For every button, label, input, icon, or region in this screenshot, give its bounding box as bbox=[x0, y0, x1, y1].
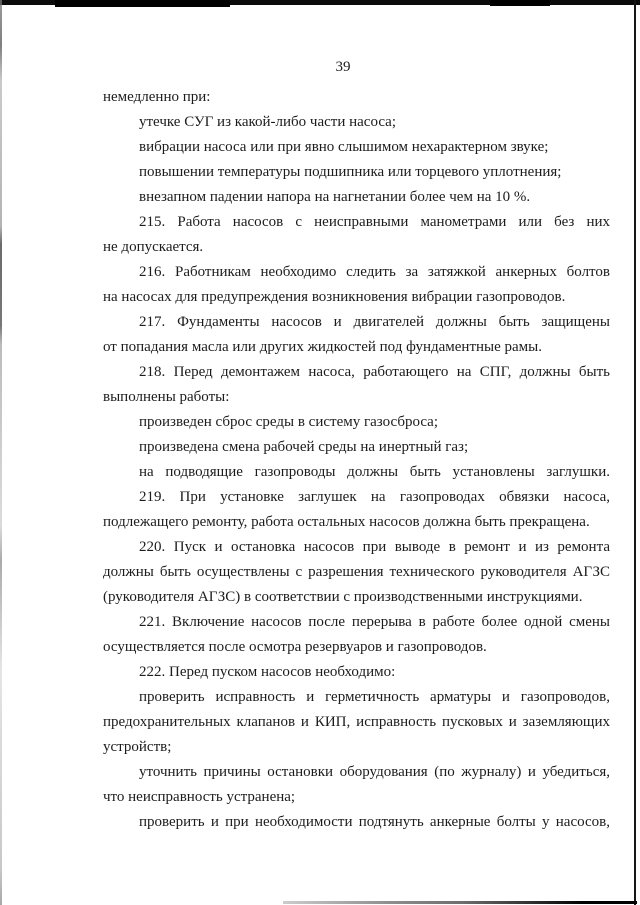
text-line: 222. Перед пуском насосов необходимо: bbox=[103, 660, 610, 685]
text-line: 215. Работа насосов с неисправными маном… bbox=[103, 210, 610, 235]
text-line: что неисправность устранена; bbox=[103, 785, 610, 810]
text-line: 221. Включение насосов после перерыва в … bbox=[103, 610, 610, 635]
text-line: (руководителя АГЗС) в соответствии с про… bbox=[103, 585, 610, 610]
text-line: произведен сброс среды в систему газосбр… bbox=[103, 410, 610, 435]
text-line: на подводящие газопроводы должны быть ус… bbox=[103, 460, 610, 485]
scan-artifact-top-bar-segment bbox=[490, 0, 550, 6]
document-page: 39 немедленно при:утечке СУГ из какой-ли… bbox=[0, 0, 640, 905]
scan-artifact-bottom-bar bbox=[283, 901, 637, 904]
text-line: должны быть осуществлены с разрешения те… bbox=[103, 560, 610, 585]
text-line: вибрации насоса или при явно слышимом не… bbox=[103, 135, 610, 160]
text-line: на насосах для предупреждения возникнове… bbox=[103, 285, 610, 310]
text-line: немедленно при: bbox=[103, 85, 610, 110]
scan-artifact-top-bar bbox=[0, 0, 640, 5]
text-line: устройств; bbox=[103, 735, 610, 760]
page-number: 39 bbox=[283, 55, 403, 80]
text-line: предохранительных клапанов и КИП, исправ… bbox=[103, 710, 610, 735]
text-line: 217. Фундаменты насосов и двигателей дол… bbox=[103, 310, 610, 335]
text-line: проверить и при необходимости подтянуть … bbox=[103, 810, 610, 835]
text-line: повышении температуры подшипника или тор… bbox=[103, 160, 610, 185]
text-line: 220. Пуск и остановка насосов при выводе… bbox=[103, 535, 610, 560]
scan-artifact-left-edge bbox=[0, 0, 2, 905]
document-text-block: немедленно при:утечке СУГ из какой-либо … bbox=[103, 85, 610, 835]
text-line: уточнить причины остановки оборудования … bbox=[103, 760, 610, 785]
text-line: 218. Перед демонтажем насоса, работающег… bbox=[103, 360, 610, 385]
text-line: подлежащего ремонту, работа остальных на… bbox=[103, 510, 610, 535]
text-line: 219. При установке заглушек на газопрово… bbox=[103, 485, 610, 510]
text-line: утечке СУГ из какой-либо части насоса; bbox=[103, 110, 610, 135]
text-line: не допускается. bbox=[103, 235, 610, 260]
text-line: проверить исправность и герметичность ар… bbox=[103, 685, 610, 710]
text-line: внезапном падении напора на нагнетании б… bbox=[103, 185, 610, 210]
text-line: выполнены работы: bbox=[103, 385, 610, 410]
text-line: произведена смена рабочей среды на инерт… bbox=[103, 435, 610, 460]
text-line: 216. Работникам необходимо следить за за… bbox=[103, 260, 610, 285]
text-line: от попадания масла или других жидкостей … bbox=[103, 335, 610, 360]
text-line: осуществляется после осмотра резервуаров… bbox=[103, 635, 610, 660]
scan-artifact-top-bar-segment bbox=[55, 0, 230, 7]
scan-artifact-right-edge bbox=[634, 0, 636, 905]
